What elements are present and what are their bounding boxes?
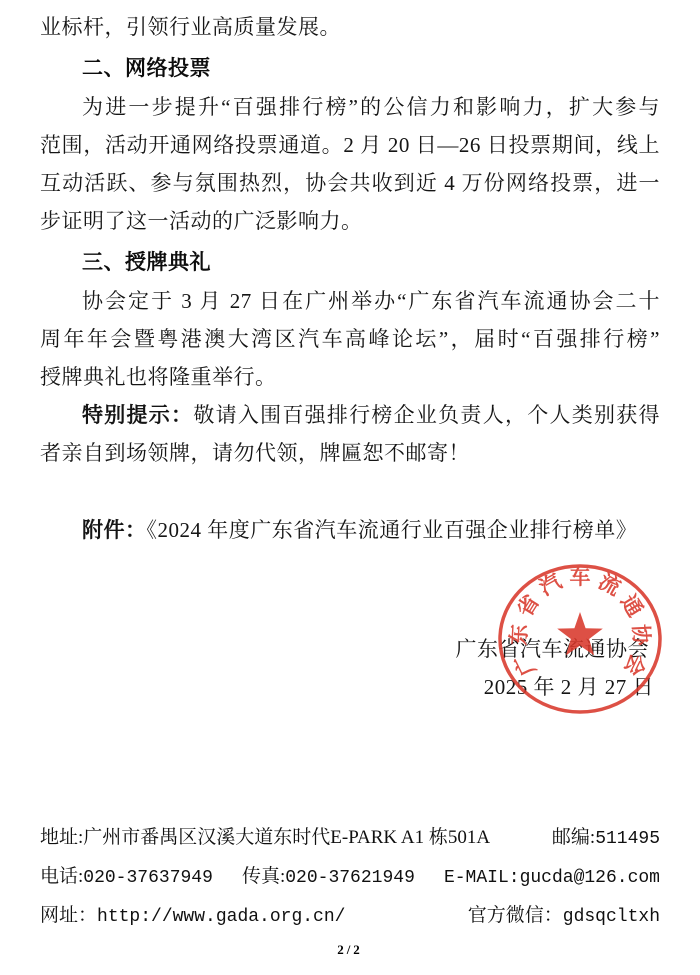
address-value: 广州市番禺区汉溪大道东时代E-PARK A1 栋501A xyxy=(83,827,490,848)
section2-heading: 二、网络投票 xyxy=(40,50,660,88)
notice-line: 者亲自到场领牌，请勿代领，牌匾恕不邮寄！ xyxy=(40,434,660,472)
address-label: 地址: xyxy=(40,827,83,848)
footer-wechat: 官方微信：gdsqcltxh xyxy=(468,897,660,936)
footer-row: 电话:020-37637949 传真:020-37621949 E-MAIL:g… xyxy=(40,858,660,897)
section2-line: 步证明了这一活动的广泛影响力。 xyxy=(40,202,660,240)
document-body: 业标杆，引领行业高质量发展。 二、网络投票 为进一步提升“百强排行榜”的公信力和… xyxy=(40,0,660,706)
signature-org: 广东省汽车流通协会 xyxy=(40,630,660,668)
page-number: 2/2 xyxy=(0,942,700,958)
email-label: E-MAIL: xyxy=(444,868,520,888)
document-page: 业标杆，引领行业高质量发展。 二、网络投票 为进一步提升“百强排行榜”的公信力和… xyxy=(0,0,700,975)
website-value: http://www.gada.org.cn/ xyxy=(97,907,345,927)
website-label: 网址： xyxy=(40,905,97,926)
footer-email: E-MAIL:gucda@126.com xyxy=(444,858,660,897)
section2-line: 为进一步提升“百强排行榜”的公信力和影响力，扩大参与 xyxy=(40,88,660,126)
postal-label: 邮编: xyxy=(552,827,595,848)
fax-label: 传真: xyxy=(242,866,285,887)
footer-postal: 邮编:511495 xyxy=(552,819,660,858)
section3-heading: 三、授牌典礼 xyxy=(40,244,660,282)
footer-row: 网址：http://www.gada.org.cn/ 官方微信：gdsqcltx… xyxy=(40,897,660,936)
footer-website: 网址：http://www.gada.org.cn/ xyxy=(40,897,345,936)
notice-line: 特别提示：敬请入围百强排行榜企业负责人，个人类别获得 xyxy=(40,396,660,434)
signature-date: 2025 年 2 月 27 日 xyxy=(40,668,660,706)
section2-line: 互动活跃、参与氛围热烈，协会共收到近 4 万份网络投票，进一 xyxy=(40,164,660,202)
postal-value: 511495 xyxy=(595,829,660,849)
wechat-value: gdsqcltxh xyxy=(563,907,660,927)
fax-value: 020-37621949 xyxy=(285,868,415,888)
attachment-line: 附件：《2024 年度广东省汽车流通行业百强企业排行榜单》 xyxy=(40,511,660,549)
notice-text: 敬请入围百强排行榜企业负责人，个人类别获得 xyxy=(193,403,660,427)
page-footer: 地址:广州市番禺区汉溪大道东时代E-PARK A1 栋501A 邮编:51149… xyxy=(40,819,660,936)
footer-address: 地址:广州市番禺区汉溪大道东时代E-PARK A1 栋501A xyxy=(40,819,490,858)
section3-line: 授牌典礼也将隆重举行。 xyxy=(40,358,660,396)
email-value: gucda@126.com xyxy=(520,868,660,888)
phone-value: 020-37637949 xyxy=(83,868,213,888)
attachment-title: 《2024 年度广东省汽车流通行业百强企业排行榜单》 xyxy=(147,518,638,542)
footer-fax: 传真:020-37621949 xyxy=(242,858,415,897)
section3-line: 周年年会暨粤港澳大湾区汽车高峰论坛”，届时“百强排行榜” xyxy=(40,320,660,358)
footer-row: 地址:广州市番禺区汉溪大道东时代E-PARK A1 栋501A 邮编:51149… xyxy=(40,819,660,858)
paragraph-continuation-line: 业标杆，引领行业高质量发展。 xyxy=(40,8,660,46)
section2-line: 范围，活动开通网络投票通道。2 月 20 日—26 日投票期间，线上 xyxy=(40,126,660,164)
attachment-label: 附件： xyxy=(82,518,147,542)
notice-label: 特别提示： xyxy=(82,403,193,427)
phone-label: 电话: xyxy=(40,866,83,887)
section3-line: 协会定于 3 月 27 日在广州举办“广东省汽车流通协会二十 xyxy=(40,282,660,320)
wechat-label: 官方微信： xyxy=(468,905,563,926)
footer-phone: 电话:020-37637949 xyxy=(40,858,213,897)
